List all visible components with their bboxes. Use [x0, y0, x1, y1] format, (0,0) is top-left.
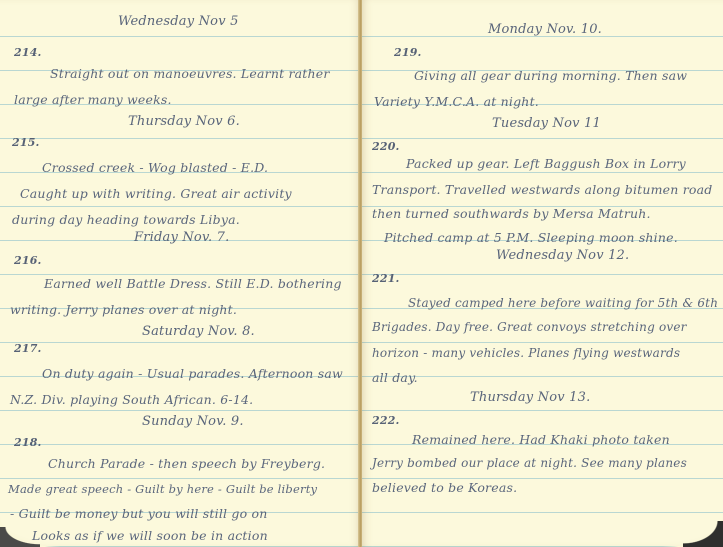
- entry-line: horizon - many vehicles. Planes flying w…: [372, 346, 680, 360]
- entry-line: Packed up gear. Left Baggush Box in Lorr…: [406, 156, 686, 171]
- entry-line: Earned well Battle Dress. Still E.D. bot…: [44, 276, 342, 291]
- entry-line: believed to be Koreas.: [372, 480, 517, 495]
- entry-line: Brigades. Day free. Great convoys stretc…: [372, 320, 687, 334]
- day-heading: Thursday Nov 6.: [128, 114, 240, 129]
- entry-line: - Guilt be money but you will still go o…: [10, 506, 267, 521]
- entry-line: Pitched camp at 5 P.M. Sleeping moon shi…: [384, 230, 678, 245]
- entry-line: writing. Jerry planes over at night.: [10, 302, 237, 317]
- entry-line: all day.: [372, 370, 418, 385]
- entry-number: 220.: [372, 140, 400, 153]
- entry-line: Caught up with writing. Great air activi…: [20, 186, 292, 201]
- entry-line: Church Parade - then speech by Freyberg.: [48, 456, 325, 471]
- entry-line: Straight out on manoeuvres. Learnt rathe…: [50, 66, 330, 81]
- day-heading: Saturday Nov. 8.: [142, 324, 255, 339]
- page-corner-shadow: [683, 521, 723, 547]
- day-heading: Sunday Nov. 9.: [142, 414, 244, 429]
- entry-line: Transport. Travelled westwards along bit…: [372, 182, 712, 197]
- entry-line: On duty again - Usual parades. Afternoon…: [42, 366, 343, 381]
- entry-line: Looks as if we will soon be in action: [32, 528, 268, 543]
- right-page: Monday Nov. 10. 219. Giving all gear dur…: [362, 0, 723, 547]
- entry-number: 219.: [394, 46, 422, 59]
- entry-number: 218.: [14, 436, 42, 449]
- left-page: Wednesday Nov 5 214. Straight out on man…: [0, 0, 360, 547]
- entry-number: 222.: [372, 414, 400, 427]
- entry-line: N.Z. Div. playing South African. 6-14.: [10, 392, 253, 407]
- day-heading: Tuesday Nov 11: [492, 116, 601, 131]
- day-heading: Thursday Nov 13.: [470, 390, 590, 405]
- entry-line: Variety Y.M.C.A. at night.: [374, 94, 539, 109]
- entry-line: Crossed creek - Wog blasted - E.D.: [42, 160, 268, 175]
- entry-line: Giving all gear during morning. Then saw: [414, 68, 687, 83]
- entry-number: 217.: [14, 342, 42, 355]
- entry-number: 214.: [14, 46, 42, 59]
- entry-number: 216.: [14, 254, 42, 267]
- entry-line: Jerry bombed our place at night. See man…: [372, 456, 687, 470]
- entry-line: during day heading towards Libya.: [12, 212, 240, 227]
- entry-line: Stayed camped here before waiting for 5t…: [408, 296, 718, 310]
- day-heading: Friday Nov. 7.: [134, 230, 229, 245]
- day-heading: Wednesday Nov 12.: [496, 248, 629, 263]
- entry-line: Remained here. Had Khaki photo taken: [412, 432, 670, 447]
- entry-number: 221.: [372, 272, 400, 285]
- diary-spread: Wednesday Nov 5 214. Straight out on man…: [0, 0, 723, 547]
- entry-number: 215.: [12, 136, 40, 149]
- day-heading: Wednesday Nov 5: [118, 14, 239, 29]
- entry-line: then turned southwards by Mersa Matruh.: [372, 206, 651, 221]
- entry-line: Made great speech - Guilt by here - Guil…: [8, 482, 317, 496]
- entry-line: large after many weeks.: [14, 92, 172, 107]
- page-corner-shadow: [0, 527, 40, 547]
- day-heading: Monday Nov. 10.: [488, 22, 602, 37]
